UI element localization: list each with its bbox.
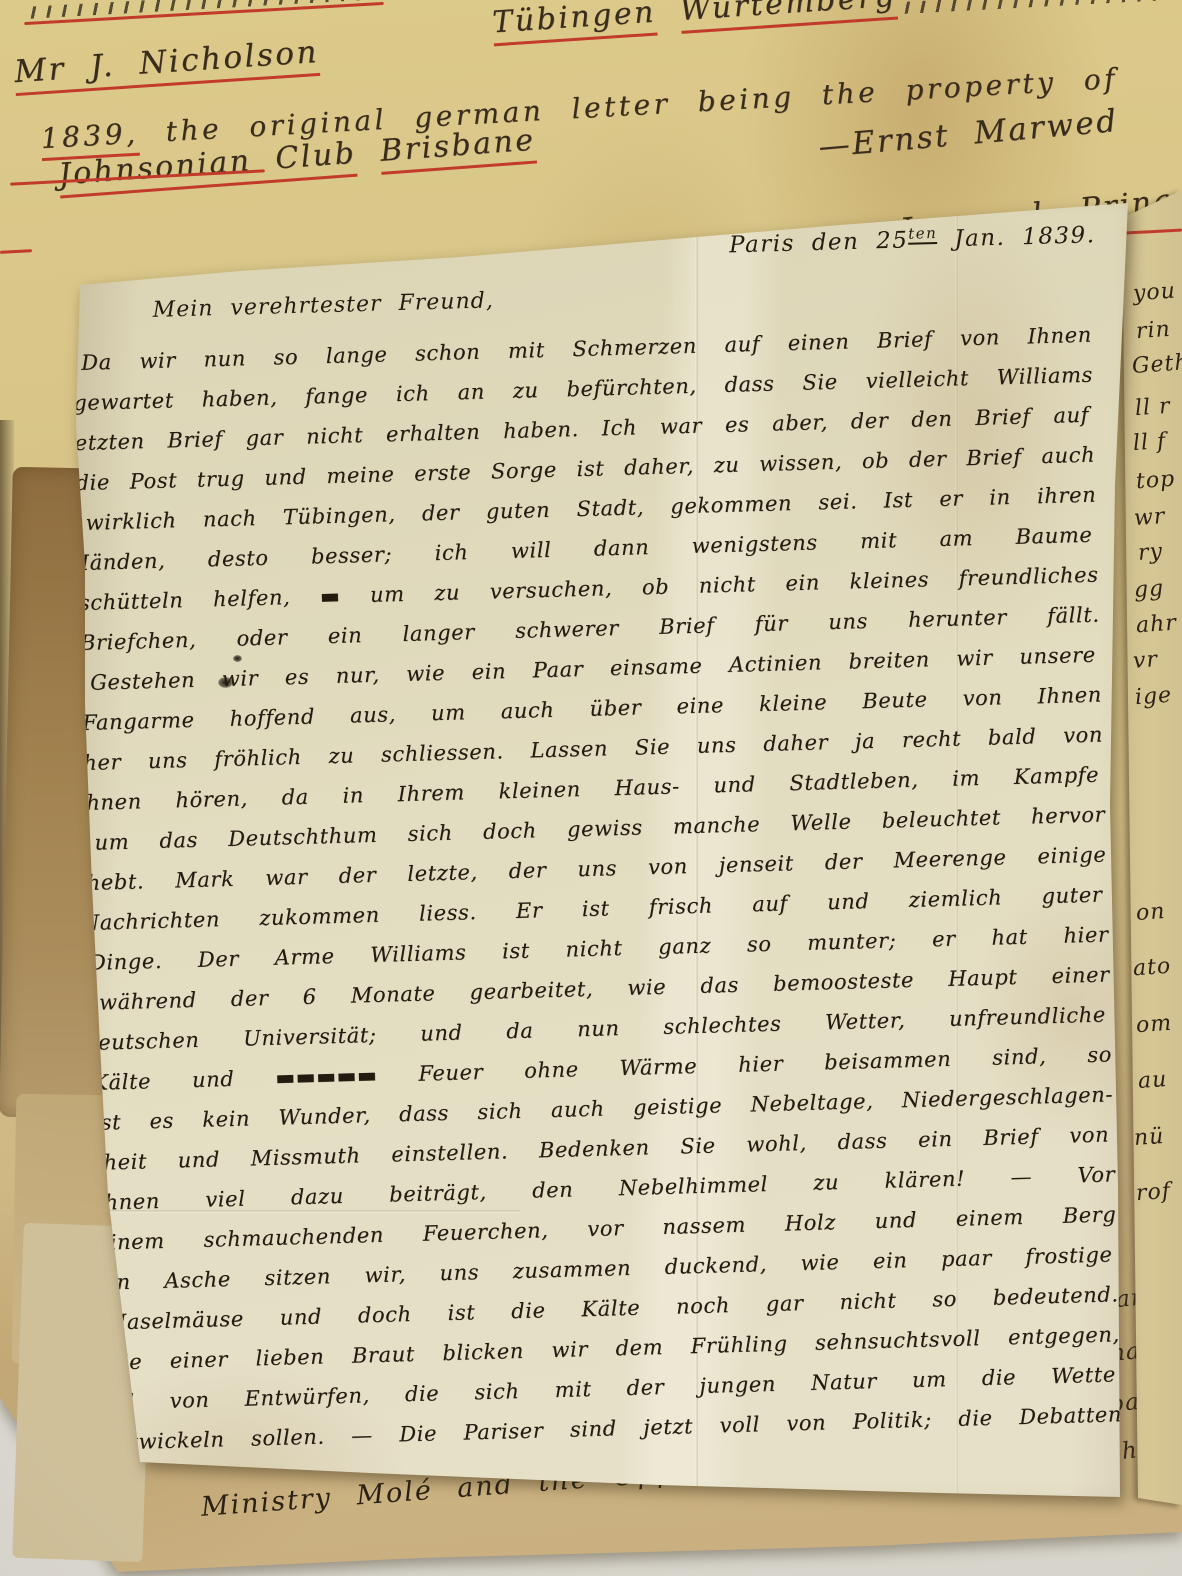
letter-script: Paris den 25ten Jan. 1839. Mein verehrte…	[68, 198, 1124, 1526]
salutation: Mein verehrtester Freund,	[152, 288, 494, 323]
date-prefix: Paris den 25	[729, 227, 909, 258]
date-line: Paris den 25ten Jan. 1839.	[729, 220, 1096, 259]
letter-page-wrap: Paris den 25ten Jan. 1839. Mein verehrte…	[40, 185, 1150, 1515]
letter-body: Da wir nun so lange schon mit Schmerzen …	[72, 323, 1123, 1471]
letter-page: Paris den 25ten Jan. 1839. Mein verehrte…	[40, 185, 1150, 1515]
photo-of-handwritten-letter: { "annotations": { "nicholson": "Mr J. N…	[0, 0, 1182, 1576]
date-superscript: ten	[908, 224, 938, 245]
date-suffix: Jan. 1839.	[954, 222, 1096, 252]
